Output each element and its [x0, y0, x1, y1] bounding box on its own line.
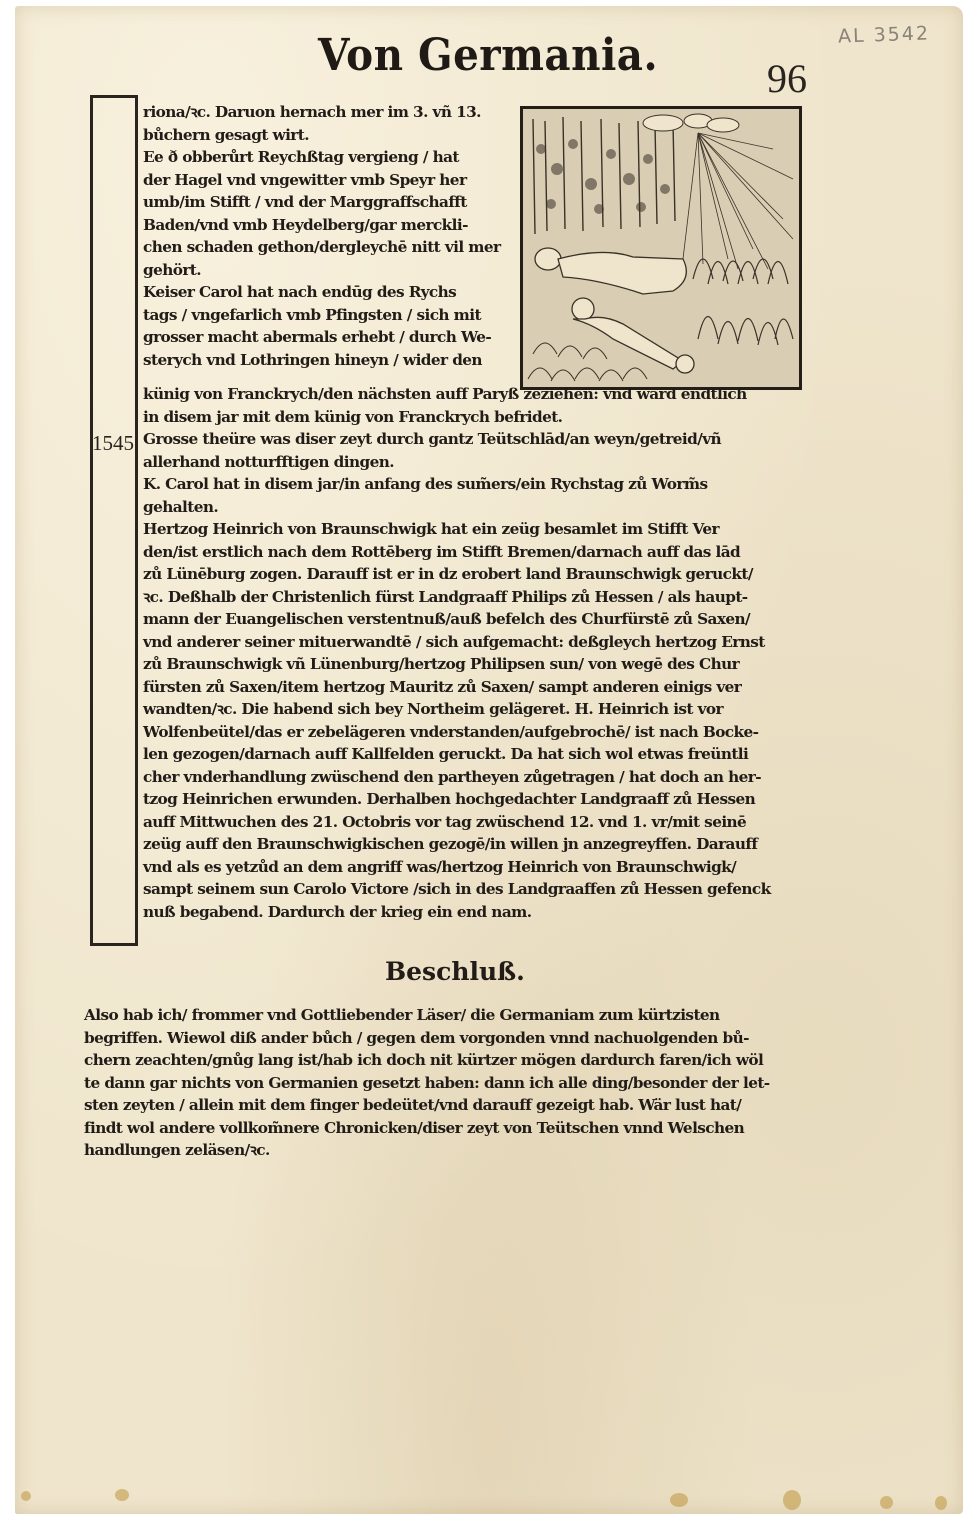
- text-line: der Hagel vnd vngewitter vmb Speyr her: [143, 169, 501, 192]
- text-line: Hertzog Heinrich von Braunschwigk hat ei…: [143, 518, 771, 541]
- text-line: gehört.: [143, 259, 501, 282]
- foxing-stain: [670, 1493, 688, 1507]
- text-line: gehalten.: [143, 496, 771, 519]
- text-line: riona/ꝛc. Daruon hernach mer im 3. vñ 13…: [143, 101, 501, 124]
- margin-year-note: 1545: [92, 431, 134, 456]
- foxing-stain: [21, 1491, 31, 1501]
- text-line: Also hab ich/ frommer vnd Gottliebender …: [84, 1004, 770, 1027]
- text-line: künig von Franckrych/den nächsten auff P…: [143, 383, 771, 406]
- text-line: chern zeachten/gnůg lang ist/hab ich doc…: [84, 1049, 770, 1072]
- text-line: K. Carol hat in disem jar/in anfang des …: [143, 473, 771, 496]
- text-line: Wolfenbeütel/das er zebelägeren vndersta…: [143, 721, 771, 744]
- foxing-stain: [783, 1490, 801, 1510]
- text-line: Baden/vnd vmb Heydelberg/gar merckli-: [143, 214, 501, 237]
- text-line: te dann gar nichts von Germanien gesetzt…: [84, 1072, 770, 1095]
- shelfmark-annotation: AL 3542: [838, 22, 931, 47]
- text-line: chen schaden gethon/dergleychē nitt vil …: [143, 236, 501, 259]
- text-line: tzog Heinrichen erwunden. Derhalben hoch…: [143, 788, 771, 811]
- text-line: zeüg auff den Braunschwigkischen gezogē/…: [143, 833, 771, 856]
- text-line: den/ist erstlich nach dem Rottēberg im S…: [143, 541, 771, 564]
- foxing-stain: [935, 1496, 947, 1510]
- text-line: Grosse theüre was diser zeyt durch gantz…: [143, 428, 771, 451]
- text-line: vnd als es yetzůd an dem angriff was/her…: [143, 856, 771, 879]
- text-line: tags / vngefarlich vmb Pfingsten / sich …: [143, 304, 501, 327]
- text-line: nuß begabend. Dardurch der krieg ein end…: [143, 901, 771, 924]
- text-line: allerhand notturfftigen dingen.: [143, 451, 771, 474]
- text-line: len gezogen/darnach auff Kallfelden geru…: [143, 743, 771, 766]
- conclusion-paragraph: Also hab ich/ frommer vnd Gottliebender …: [84, 1004, 770, 1162]
- text-line: zů Braunschwigk vñ Lünenburg/hertzog Phi…: [143, 653, 771, 676]
- text-line: findt wol andere vollkom̃nere Chronicken…: [84, 1117, 770, 1140]
- text-line: ꝛc. Deßhalb der Christenlich fürst Landg…: [143, 586, 771, 609]
- foxing-stain: [115, 1489, 129, 1501]
- woodcut-illustration: [520, 106, 802, 390]
- text-line: auff Mittwuchen des 21. Octobris vor tag…: [143, 811, 771, 834]
- text-line: begriffen. Wiewol diß ander bůch / gegen…: [84, 1027, 770, 1050]
- text-line: handlungen zeläsen/ꝛc.: [84, 1139, 770, 1162]
- text-line: sampt seinem sun Carolo Victore /sich in…: [143, 878, 771, 901]
- text-line: cher vnderhandlung zwüschend den parthey…: [143, 766, 771, 789]
- section-heading-conclusion: Beschluß.: [385, 957, 525, 986]
- text-line: Keiser Carol hat nach endūg des Rychs: [143, 281, 501, 304]
- woodcut-hailstorm-image: [523, 109, 799, 387]
- text-line: sten zeyten / allein mit dem finger bede…: [84, 1094, 770, 1117]
- text-line: fürsten zů Saxen/item hertzog Mauritz zů…: [143, 676, 771, 699]
- text-line: Ee ð obberůrt Reychßtag vergieng / hat: [143, 146, 501, 169]
- text-line: bůchern gesagt wirt.: [143, 124, 501, 147]
- text-line: zů Lünēburg zogen. Darauff ist er in dz …: [143, 563, 771, 586]
- text-line: in disem jar mit dem künig von Franckryc…: [143, 406, 771, 429]
- text-line: sterych vnd Lothringen hineyn / wider de…: [143, 349, 501, 372]
- body-column-narrow: riona/ꝛc. Daruon hernach mer im 3. vñ 13…: [143, 101, 501, 371]
- body-column-wide: künig von Franckrych/den nächsten auff P…: [143, 383, 771, 923]
- text-line: mann der Euangelischen verstentnuß/auß b…: [143, 608, 771, 631]
- running-title: Von Germania.: [318, 30, 658, 81]
- text-line: grosser macht abermals erhebt / durch We…: [143, 326, 501, 349]
- text-line: vnd anderer seiner mituerwandtē / sich a…: [143, 631, 771, 654]
- text-line: wandten/ꝛc. Die habend sich bey Northeim…: [143, 698, 771, 721]
- foxing-stain: [880, 1496, 893, 1509]
- page-number: 96: [767, 55, 807, 102]
- margin-rule-box: [90, 95, 138, 946]
- text-line: umb/im Stifft / vnd der Marggraffschafft: [143, 191, 501, 214]
